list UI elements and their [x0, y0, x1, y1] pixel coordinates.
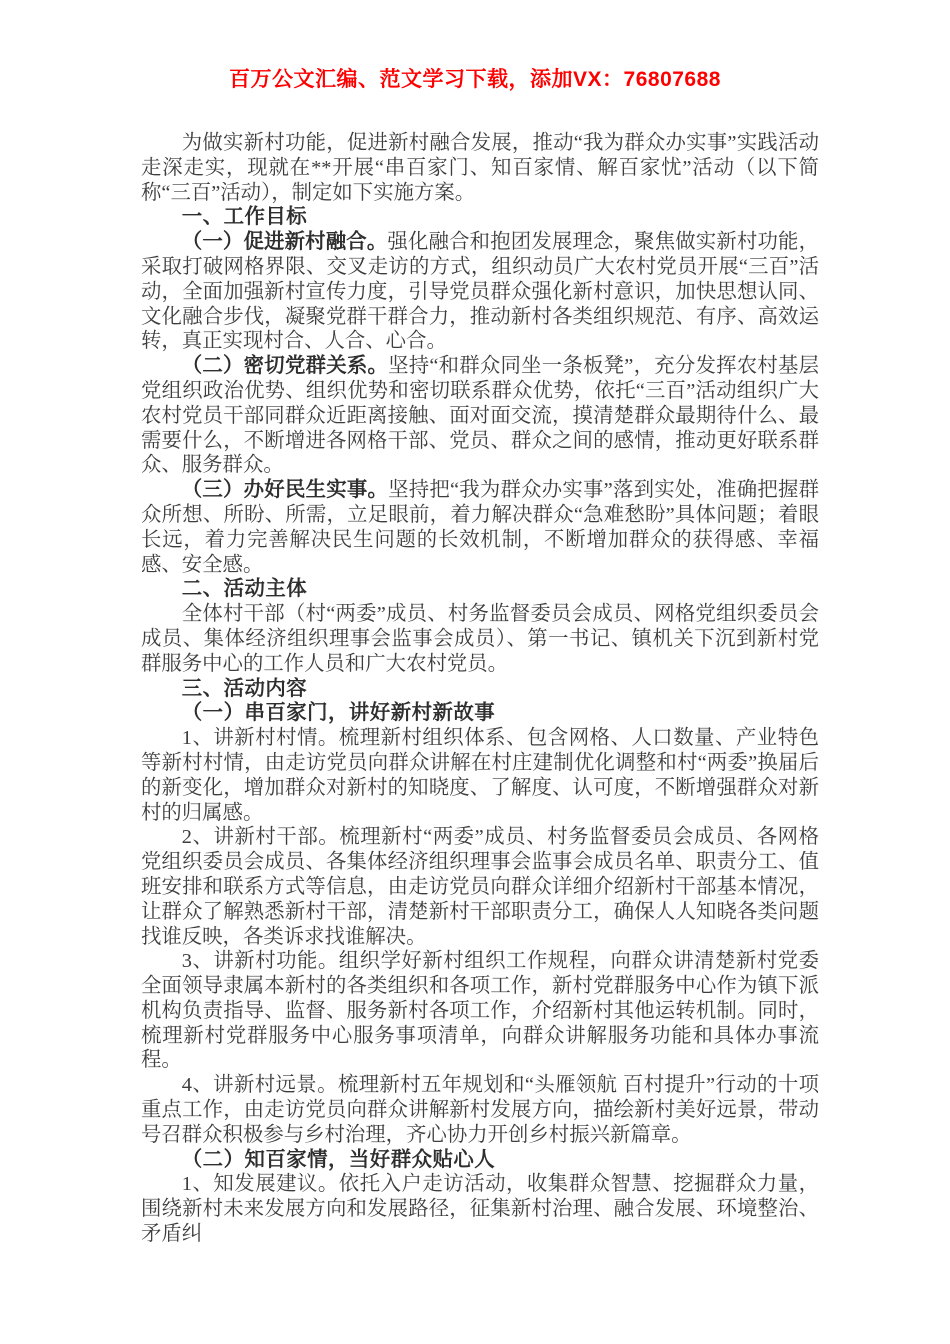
text-run: 4、讲新村远景。梳理新村五年规划和“头雁领航 百村提升”行动的十项重点工作，由走… — [141, 1074, 819, 1146]
doc-paragraph: 1、知发展建议。依托入户走访活动，收集群众智慧、挖掘群众力量，围绕新村未来发展方… — [141, 1172, 819, 1246]
doc-paragraph: 全体村干部（村“两委”成员、村务监督委员会成员、网格党组织委员会成员、集体经济组… — [141, 602, 819, 676]
bold-text-run: （一）促进新村融合。 — [182, 231, 388, 253]
doc-paragraph: （一）促进新村融合。强化融合和抱团发展理念，聚焦做实新村功能，采取打破网格界限、… — [141, 230, 819, 354]
doc-heading: 三、活动内容 — [141, 677, 819, 702]
doc-paragraph: 2、讲新村干部。梳理新村“两委”成员、村务监督委员会成员、各网格党组织委员会成员… — [141, 825, 819, 949]
doc-heading: （二）知百家情，当好群众贴心人 — [141, 1148, 819, 1173]
doc-paragraph: 为做实新村功能，促进新村融合发展，推动“我为群众办实事”实践活动走深走实，现就在… — [141, 131, 819, 205]
doc-paragraph: 4、讲新村远景。梳理新村五年规划和“头雁领航 百村提升”行动的十项重点工作，由走… — [141, 1073, 819, 1147]
text-run: 2、讲新村干部。梳理新村“两委”成员、村务监督委员会成员、各网格党组织委员会成员… — [141, 826, 819, 947]
text-run: 1、知发展建议。依托入户走访活动，收集群众智慧、挖掘群众力量，围绕新村未来发展方… — [141, 1173, 819, 1245]
bold-text-run: （二）密切党群关系。 — [182, 355, 388, 377]
text-run: 1、讲新村村情。梳理新村组织体系、包含网格、人口数量、产业特色等新村村情，由走访… — [141, 727, 819, 823]
document-body: 为做实新村功能，促进新村融合发展，推动“我为群众办实事”实践活动走深走实，现就在… — [141, 131, 819, 1247]
text-run: 全体村干部（村“两委”成员、村务监督委员会成员、网格党组织委员会成员、集体经济组… — [141, 603, 819, 675]
text-run: 3、讲新村功能。组织学好新村组织工作规程，向群众讲清楚新村党委全面领导隶属本新村… — [141, 950, 819, 1071]
doc-paragraph: 1、讲新村村情。梳理新村组织体系、包含网格、人口数量、产业特色等新村村情，由走访… — [141, 726, 819, 825]
bold-text-run: 二、活动主体 — [182, 578, 307, 600]
bold-text-run: （二）知百家情，当好群众贴心人 — [182, 1149, 495, 1171]
promo-header-text: 百万公文汇编、范文学习下载，添加VX：76807688 — [0, 0, 950, 93]
bold-text-run: 三、活动内容 — [182, 678, 307, 700]
doc-paragraph: （二）密切党群关系。坚持“和群众同坐一条板凳”，充分发挥农村基层党组织政治优势、… — [141, 354, 819, 478]
doc-paragraph: （三）办好民生实事。坚持把“我为群众办实事”落到实处，准确把握群众所想、所盼、所… — [141, 478, 819, 577]
doc-heading: 一、工作目标 — [141, 205, 819, 230]
bold-text-run: 一、工作目标 — [182, 206, 307, 228]
doc-heading: （一）串百家门，讲好新村新故事 — [141, 701, 819, 726]
text-run: 为做实新村功能，促进新村融合发展，推动“我为群众办实事”实践活动走深走实，现就在… — [141, 132, 819, 204]
doc-heading: 二、活动主体 — [141, 577, 819, 602]
doc-paragraph: 3、讲新村功能。组织学好新村组织工作规程，向群众讲清楚新村党委全面领导隶属本新村… — [141, 949, 819, 1073]
document-page: 百万公文汇编、范文学习下载，添加VX：76807688 为做实新村功能，促进新村… — [0, 0, 950, 1344]
bold-text-run: （一）串百家门，讲好新村新故事 — [182, 702, 495, 724]
bold-text-run: （三）办好民生实事。 — [182, 479, 388, 501]
